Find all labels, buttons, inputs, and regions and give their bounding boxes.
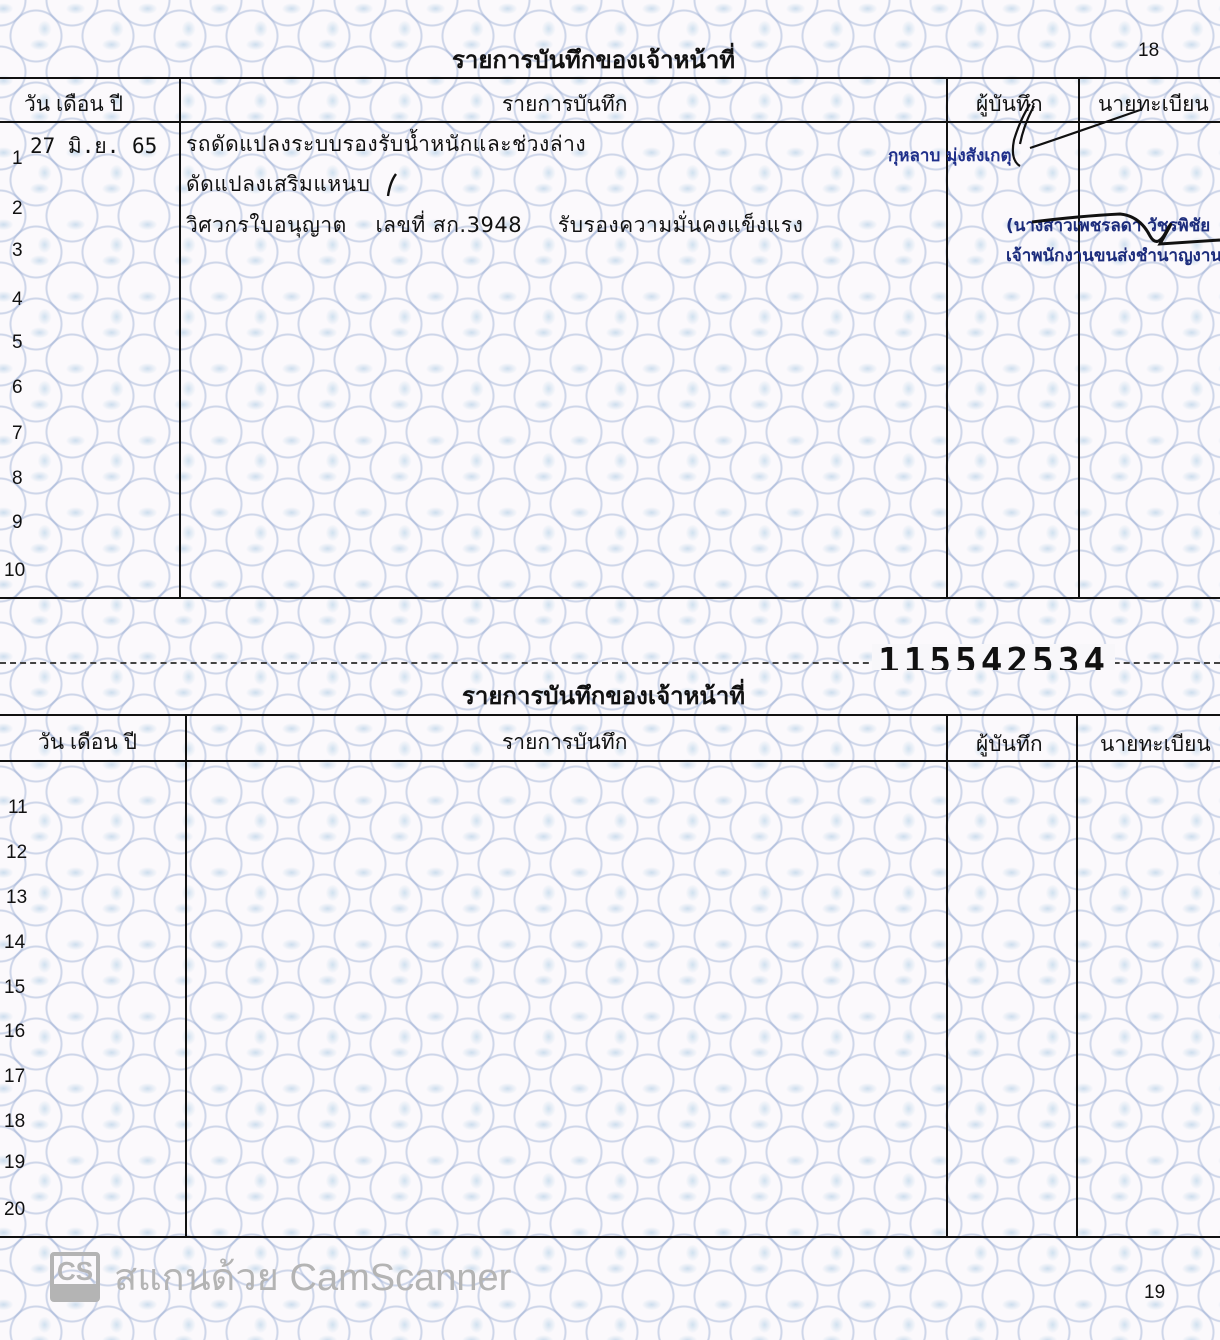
row-number: 20: [4, 1199, 25, 1221]
row-number: 6: [12, 377, 23, 399]
row-number: 11: [8, 797, 28, 819]
row-number: 15: [4, 977, 25, 999]
column-header-record: รายการบันทึก: [502, 88, 627, 121]
row-number: 4: [12, 289, 23, 311]
column-header-recorder: ผู้บันทึก: [976, 728, 1043, 761]
column-header-record: รายการบันทึก: [502, 726, 627, 759]
column-divider: [946, 715, 948, 1237]
recorder-signature-icon: [990, 100, 1150, 170]
page-number: 18: [1138, 40, 1159, 62]
row-number: 17: [4, 1066, 25, 1088]
row-number: 7: [12, 423, 23, 445]
form-title: รายการบันทึกของเจ้าหน้าที่: [462, 676, 745, 715]
serial-number: 115542534: [872, 644, 1115, 670]
row-number: 1: [12, 148, 23, 170]
check-mark-icon: [384, 172, 400, 198]
row-number: 18: [4, 1111, 25, 1133]
registrar-signature-icon: [1030, 206, 1220, 256]
row-number: 14: [4, 932, 25, 954]
column-header-registrar: นายทะเบียน: [1100, 728, 1211, 761]
row-number: 19: [4, 1152, 25, 1174]
row-number: 16: [4, 1021, 25, 1043]
entry-date: 27 มิ.ย. 65: [30, 130, 157, 163]
column-header-date: วัน เดือน ปี: [38, 726, 137, 759]
column-divider: [1076, 715, 1078, 1237]
page-number: 19: [1144, 1282, 1165, 1304]
column-divider: [185, 715, 187, 1237]
table-top-border: [0, 714, 1220, 716]
row-number: 9: [12, 512, 23, 534]
entry-line: รถดัดแปลงระบบรองรับน้ำหนักและช่วงล่าง: [186, 128, 586, 161]
column-divider: [179, 78, 181, 598]
entry-line: ดัดแปลงเสริมแหนบ: [186, 168, 370, 201]
row-number: 3: [12, 240, 23, 262]
security-pattern-background: [0, 0, 1220, 1340]
camscanner-watermark: CS สแกนด้วย CamScanner: [50, 1246, 511, 1307]
row-number: 12: [6, 842, 27, 864]
table-top-border: [0, 77, 1220, 79]
row-number: 13: [6, 887, 27, 909]
table-bottom-border: [0, 597, 1220, 599]
camscanner-logo-icon: CS: [50, 1252, 100, 1302]
row-number: 5: [12, 332, 23, 354]
column-header-date: วัน เดือน ปี: [24, 88, 123, 121]
entry-line: วิศวกรใบอนุญาต เลขที่ สก.3948 รับรองความ…: [186, 209, 803, 242]
table-bottom-border: [0, 1236, 1220, 1238]
watermark-text: สแกนด้วย CamScanner: [114, 1246, 511, 1307]
row-number: 2: [12, 198, 23, 220]
form-title: รายการบันทึกของเจ้าหน้าที่: [452, 40, 735, 79]
row-number: 8: [12, 468, 23, 490]
row-number: 10: [4, 560, 25, 582]
